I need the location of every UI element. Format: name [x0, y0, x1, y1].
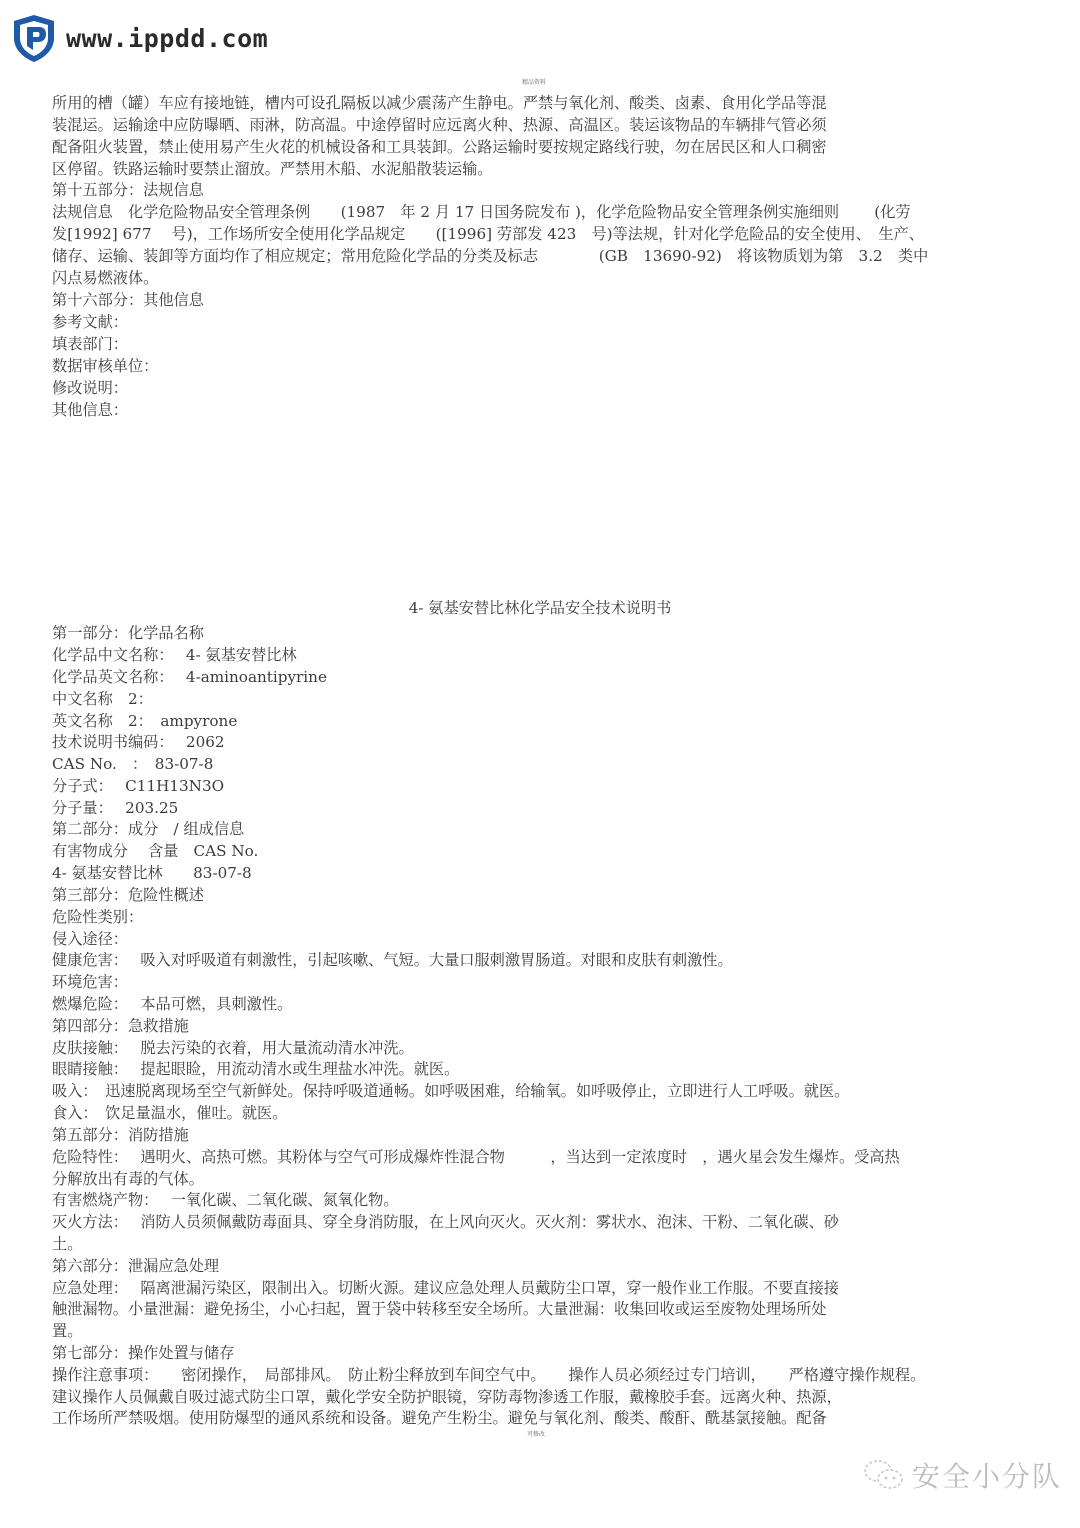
text-line: CAS No. ： 83-07-8 — [52, 753, 213, 775]
section-heading: 第十五部分：法规信息 — [52, 179, 204, 201]
text-line: 分解放出有毒的气体。 — [52, 1168, 204, 1190]
field-label: 修改说明： — [52, 377, 128, 399]
text-line: 土。 — [52, 1233, 82, 1255]
text-line: 危险特性： 遇明火、高热可燃。其粉体与空气可形成爆炸性混合物 ，当达到一定浓度时… — [52, 1146, 900, 1168]
text-line: 吸入： 迅速脱离现场至空气新鲜处。保持呼吸道通畅。如呼吸困难，给输氧。如呼吸停止… — [52, 1080, 849, 1102]
text-line: 储存、运输、装卸等方面均作了相应规定；常用危险化学品的分类及标志 (GB 136… — [52, 245, 928, 267]
text-line: 装混运。运输途中应防曝晒、雨淋，防高温。中途停留时应远离火种、热源、高温区。装运… — [52, 114, 827, 136]
header-note: 精品资料 — [522, 77, 546, 86]
text-line: 工作场所严禁吸烟。使用防爆型的通风系统和设备。避免产生粉尘。避免与氧化剂、酸类、… — [52, 1407, 827, 1429]
text-line: 有害燃烧产物： 一氧化碳、二氧化碳、氮氧化物。 — [52, 1189, 399, 1211]
text-line: 配备阻火装置，禁止使用易产生火花的机械设备和工具装卸。公路运输时要按规定路线行驶… — [52, 136, 827, 158]
text-line: 燃爆危险： 本品可燃，具刺激性。 — [52, 993, 292, 1015]
text-line: 分子式： C11H13N3O — [52, 775, 224, 797]
field-label: 填表部门： — [52, 333, 128, 355]
text-line: 灭火方法： 消防人员须佩戴防毒面具、穿全身消防服，在上风向灭火。灭火剂：雾状水、… — [52, 1211, 839, 1233]
section-heading: 第六部分：泄漏应急处理 — [52, 1255, 219, 1277]
text-line: 化学品英文名称： 4-aminoantipyrine — [52, 666, 327, 688]
section-heading: 第二部分：成分 / 组成信息 — [52, 818, 244, 840]
text-line: 技术说明书编码： 2062 — [52, 731, 225, 753]
text-line: 触泄漏物。小量泄漏：避免扬尘，小心扫起，置于袋中转移至安全场所。大量泄漏：收集回… — [52, 1298, 827, 1320]
text-line: 侵入途径： — [52, 928, 128, 950]
text-line: 化学品中文名称： 4- 氨基安替比林 — [52, 644, 297, 666]
section-heading: 第十六部分：其他信息 — [52, 289, 204, 311]
text-line: 中文名称 2： — [52, 688, 153, 710]
text-line: 建议操作人员佩戴自吸过滤式防尘口罩，戴化学安全防护眼镜，穿防毒物渗透工作服，戴橡… — [52, 1386, 842, 1408]
shield-logo-icon — [8, 12, 60, 64]
document-title: 4- 氨基安替比林化学品安全技术说明书 — [0, 597, 1080, 618]
text-line: 4- 氨基安替比林 83-07-8 — [52, 862, 252, 884]
watermark-text: 安全小分队 — [912, 1455, 1062, 1495]
text-line: 英文名称 2： ampyrone — [52, 710, 237, 732]
wechat-icon — [862, 1457, 906, 1493]
section-heading: 第四部分：急救措施 — [52, 1015, 189, 1037]
text-line: 操作注意事项： 密闭操作， 局部排风。 防止粉尘释放到车间空气中。 操作人员必须… — [52, 1364, 925, 1386]
text-line: 危险性类别： — [52, 906, 143, 928]
field-label: 其他信息： — [52, 399, 128, 421]
section-heading: 第三部分：危险性概述 — [52, 884, 204, 906]
text-line: 法规信息 化学危险物品安全管理条例 (1987 年 2 月 17 日国务院发布 … — [52, 201, 911, 223]
text-line: 有害物成分 含量 CAS No. — [52, 840, 258, 862]
section-heading: 第五部分：消防措施 — [52, 1124, 189, 1146]
text-line: 健康危害： 吸入对呼吸道有刺激性，引起咳嗽、气短。大量口服刺激胃肠道。对眼和皮肤… — [52, 949, 733, 971]
text-line: 应急处理： 隔离泄漏污染区，限制出入。切断火源。建议应急处理人员戴防尘口罩，穿一… — [52, 1277, 839, 1299]
site-logo: www.ippdd.com — [8, 12, 268, 64]
text-line: 所用的槽（罐）车应有接地链，槽内可设孔隔板以减少震荡产生静电。严禁与氧化剂、酸类… — [52, 92, 827, 114]
section-heading: 第一部分：化学品名称 — [52, 622, 204, 644]
text-line: 分子量： 203.25 — [52, 797, 178, 819]
text-line: 区停留。铁路运输时要禁止溜放。严禁用木船、水泥船散装运输。 — [52, 158, 492, 180]
section-heading: 第七部分：操作处置与储存 — [52, 1342, 234, 1364]
field-label: 参考文献： — [52, 311, 128, 333]
text-line: 发[1992] 677 号)，工作场所安全使用化学品规定 ([1996] 劳部发… — [52, 223, 924, 245]
text-line: 眼睛接触： 提起眼睑，用流动清水或生理盐水冲洗。就医。 — [52, 1058, 459, 1080]
text-line: 皮肤接触： 脱去污染的衣着，用大量流动清水冲洗。 — [52, 1037, 414, 1059]
text-line: 环境危害： — [52, 971, 128, 993]
field-label: 数据审核单位： — [52, 355, 158, 377]
text-line: 置。 — [52, 1320, 82, 1342]
site-url: www.ippdd.com — [66, 24, 268, 53]
text-line: 食入： 饮足量温水，催吐。就医。 — [52, 1102, 287, 1124]
footer-note: 可修改 — [527, 1429, 545, 1438]
text-line: 闪点易燃液体。 — [52, 267, 158, 289]
watermark: 安全小分队 — [862, 1455, 1062, 1495]
